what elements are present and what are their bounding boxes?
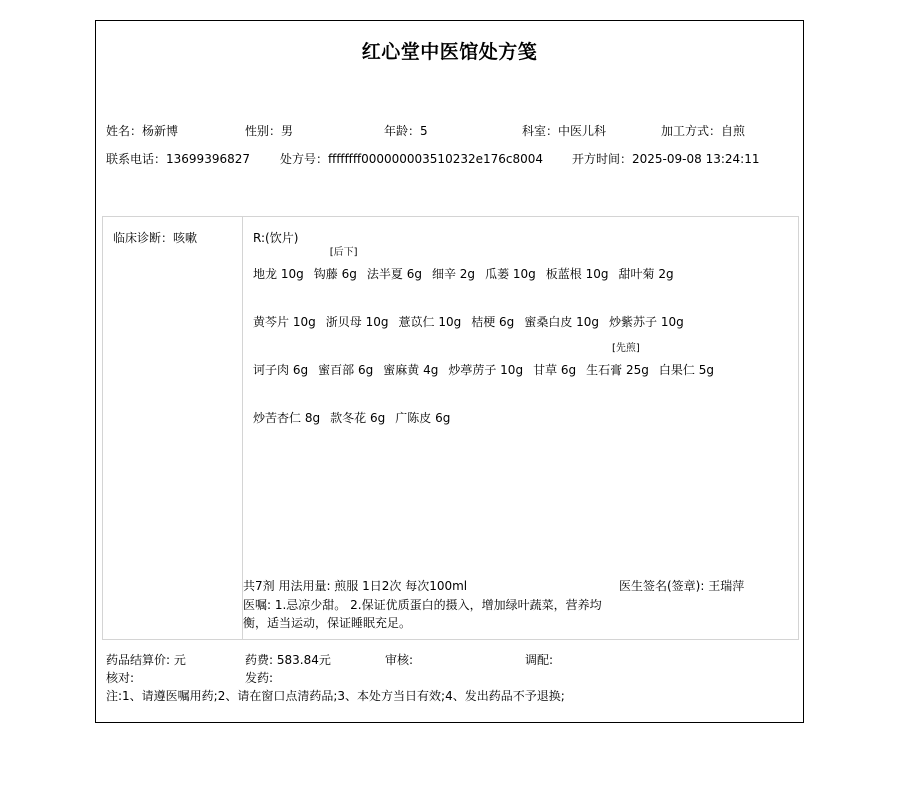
herb-item: 瓜蒌 10g xyxy=(485,265,536,282)
herb-dose: 6g xyxy=(358,363,373,377)
page-title: 红心堂中医馆处方笺 xyxy=(96,37,803,64)
herb-line: 地龙 10g[后下]钩藤 6g法半夏 6g细辛 2g瓜蒌 10g板蓝根 10g甜… xyxy=(253,265,684,282)
herb-dose: 6g xyxy=(293,363,308,377)
herb-dose: 2g xyxy=(460,267,475,281)
footer-notes: 注:1、请遵医嘱用药;2、请在窗口点清药品;3、本处方当日有效;4、发出药品不予… xyxy=(106,687,565,704)
herb-name: 生石膏 xyxy=(586,363,622,377)
patient-gender: 性别：男 xyxy=(245,122,293,139)
herb-name: 炒苦杏仁 xyxy=(253,411,301,425)
herb-item: 甘草 6g xyxy=(533,361,576,378)
issue-drug: 发药: xyxy=(245,669,273,686)
herb-name: 细辛 xyxy=(432,267,456,281)
herb-dose: 10g xyxy=(500,363,523,377)
herb-item: 黄芩片 10g xyxy=(253,313,316,330)
herb-dose: 10g xyxy=(586,267,609,281)
settlement-price: 药品结算价: 元 xyxy=(106,651,186,668)
herb-item: 地龙 10g xyxy=(253,265,304,282)
herb-name: 白果仁 xyxy=(659,363,695,377)
herb-dose: 5g xyxy=(699,363,714,377)
herb-dose: 4g xyxy=(423,363,438,377)
herb-item: [先煎]生石膏 25g xyxy=(586,361,649,378)
prescription-sheet: 红心堂中医馆处方笺 姓名：杨新博 性别：男 年龄：5 科室：中医儿科 加工方式：… xyxy=(95,20,804,723)
herb-item: 薏苡仁 10g xyxy=(398,313,461,330)
herb-name: 瓜蒌 xyxy=(485,267,509,281)
herb-item: 诃子肉 6g xyxy=(253,361,308,378)
column-divider xyxy=(242,217,243,639)
herb-item: 细辛 2g xyxy=(432,265,475,282)
herb-name: 蜜桑白皮 xyxy=(524,315,572,329)
herb-name: 板蓝根 xyxy=(546,267,582,281)
prescription-content: R:(饮片) 地龙 10g[后下]钩藤 6g法半夏 6g细辛 2g瓜蒌 10g板… xyxy=(253,229,790,246)
herb-dose: 2g xyxy=(658,267,673,281)
herb-name: 炒葶苈子 xyxy=(448,363,496,377)
process-method: 加工方式：自煎 xyxy=(661,122,745,139)
prescription-box: 临床诊断：咳嗽 R:(饮片) 地龙 10g[后下]钩藤 6g法半夏 6g细辛 2… xyxy=(102,216,799,640)
herb-name: 地龙 xyxy=(253,267,277,281)
herb-name: 桔梗 xyxy=(471,315,495,329)
herb-item: [后下]钩藤 6g xyxy=(314,265,357,282)
herb-name: 钩藤 xyxy=(314,267,338,281)
herb-dose: 10g xyxy=(438,315,461,329)
herb-line: 黄芩片 10g浙贝母 10g薏苡仁 10g桔梗 6g蜜桑白皮 10g炒紫苏子 1… xyxy=(253,313,694,330)
patient-age: 年龄：5 xyxy=(384,122,428,139)
herb-dose: 10g xyxy=(661,315,684,329)
herb-name: 炒紫苏子 xyxy=(609,315,657,329)
dispense: 调配: xyxy=(525,651,553,668)
herb-note: [先煎] xyxy=(612,339,640,354)
phone: 联系电话：13699396827 xyxy=(106,150,250,167)
medical-advice: 医嘱: 1.忌凉少甜。 2.保证优质蛋白的摄入，增加绿叶蔬菜，营养均衡，适当运动… xyxy=(243,596,623,632)
herb-dose: 10g xyxy=(576,315,599,329)
herb-item: 板蓝根 10g xyxy=(546,265,609,282)
herb-line: 炒苦杏仁 8g款冬花 6g广陈皮 6g xyxy=(253,409,460,426)
herb-item: 炒紫苏子 10g xyxy=(609,313,684,330)
herb-name: 甘草 xyxy=(533,363,557,377)
doctor-signature: 医生签名(签章): 王瑞萍 xyxy=(619,577,744,594)
herb-dose: 6g xyxy=(499,315,514,329)
herb-item: 炒葶苈子 10g xyxy=(448,361,523,378)
patient-name: 姓名：杨新博 xyxy=(106,122,178,139)
herb-dose: 10g xyxy=(293,315,316,329)
herb-dose: 10g xyxy=(513,267,536,281)
herb-name: 黄芩片 xyxy=(253,315,289,329)
herb-dose: 10g xyxy=(281,267,304,281)
herb-item: 广陈皮 6g xyxy=(395,409,450,426)
herb-item: 款冬花 6g xyxy=(330,409,385,426)
review: 审核: xyxy=(385,651,413,668)
herb-name: 款冬花 xyxy=(330,411,366,425)
herb-dose: 6g xyxy=(435,411,450,425)
herb-name: 甜叶菊 xyxy=(619,267,655,281)
usage-instructions: 共7剂 用法用量: 煎服 1日2次 每次100ml xyxy=(243,577,467,594)
herb-item: 蜜桑白皮 10g xyxy=(524,313,599,330)
department: 科室：中医儿科 xyxy=(522,122,606,139)
herb-dose: 6g xyxy=(561,363,576,377)
herb-name: 蜜麻黄 xyxy=(383,363,419,377)
herb-item: 蜜麻黄 4g xyxy=(383,361,438,378)
herb-item: 白果仁 5g xyxy=(659,361,714,378)
drug-fee: 药费: 583.84元 xyxy=(245,651,331,668)
herb-name: 诃子肉 xyxy=(253,363,289,377)
herb-dose: 6g xyxy=(407,267,422,281)
herb-item: 甜叶菊 2g xyxy=(619,265,674,282)
prescription-number: 处方号：ffffffff000000003510232e176c8004 xyxy=(280,150,543,167)
herb-dose: 6g xyxy=(370,411,385,425)
herb-line: 诃子肉 6g蜜百部 6g蜜麻黄 4g炒葶苈子 10g甘草 6g[先煎]生石膏 2… xyxy=(253,361,724,378)
herb-name: 蜜百部 xyxy=(318,363,354,377)
herb-dose: 6g xyxy=(342,267,357,281)
clinical-diagnosis: 临床诊断：咳嗽 xyxy=(113,229,197,246)
herb-name: 薏苡仁 xyxy=(398,315,434,329)
herb-note: [后下] xyxy=(330,243,358,258)
herb-item: 蜜百部 6g xyxy=(318,361,373,378)
herb-item: 桔梗 6g xyxy=(471,313,514,330)
check: 核对: xyxy=(106,669,134,686)
herb-dose: 10g xyxy=(366,315,389,329)
herb-item: 法半夏 6g xyxy=(367,265,422,282)
herb-item: 炒苦杏仁 8g xyxy=(253,409,320,426)
herb-name: 广陈皮 xyxy=(395,411,431,425)
herb-dose: 8g xyxy=(305,411,320,425)
herb-name: 法半夏 xyxy=(367,267,403,281)
herb-item: 浙贝母 10g xyxy=(326,313,389,330)
herb-dose: 25g xyxy=(626,363,649,377)
herb-name: 浙贝母 xyxy=(326,315,362,329)
prescription-time: 开方时间：2025-09-08 13:24:11 xyxy=(572,150,759,167)
